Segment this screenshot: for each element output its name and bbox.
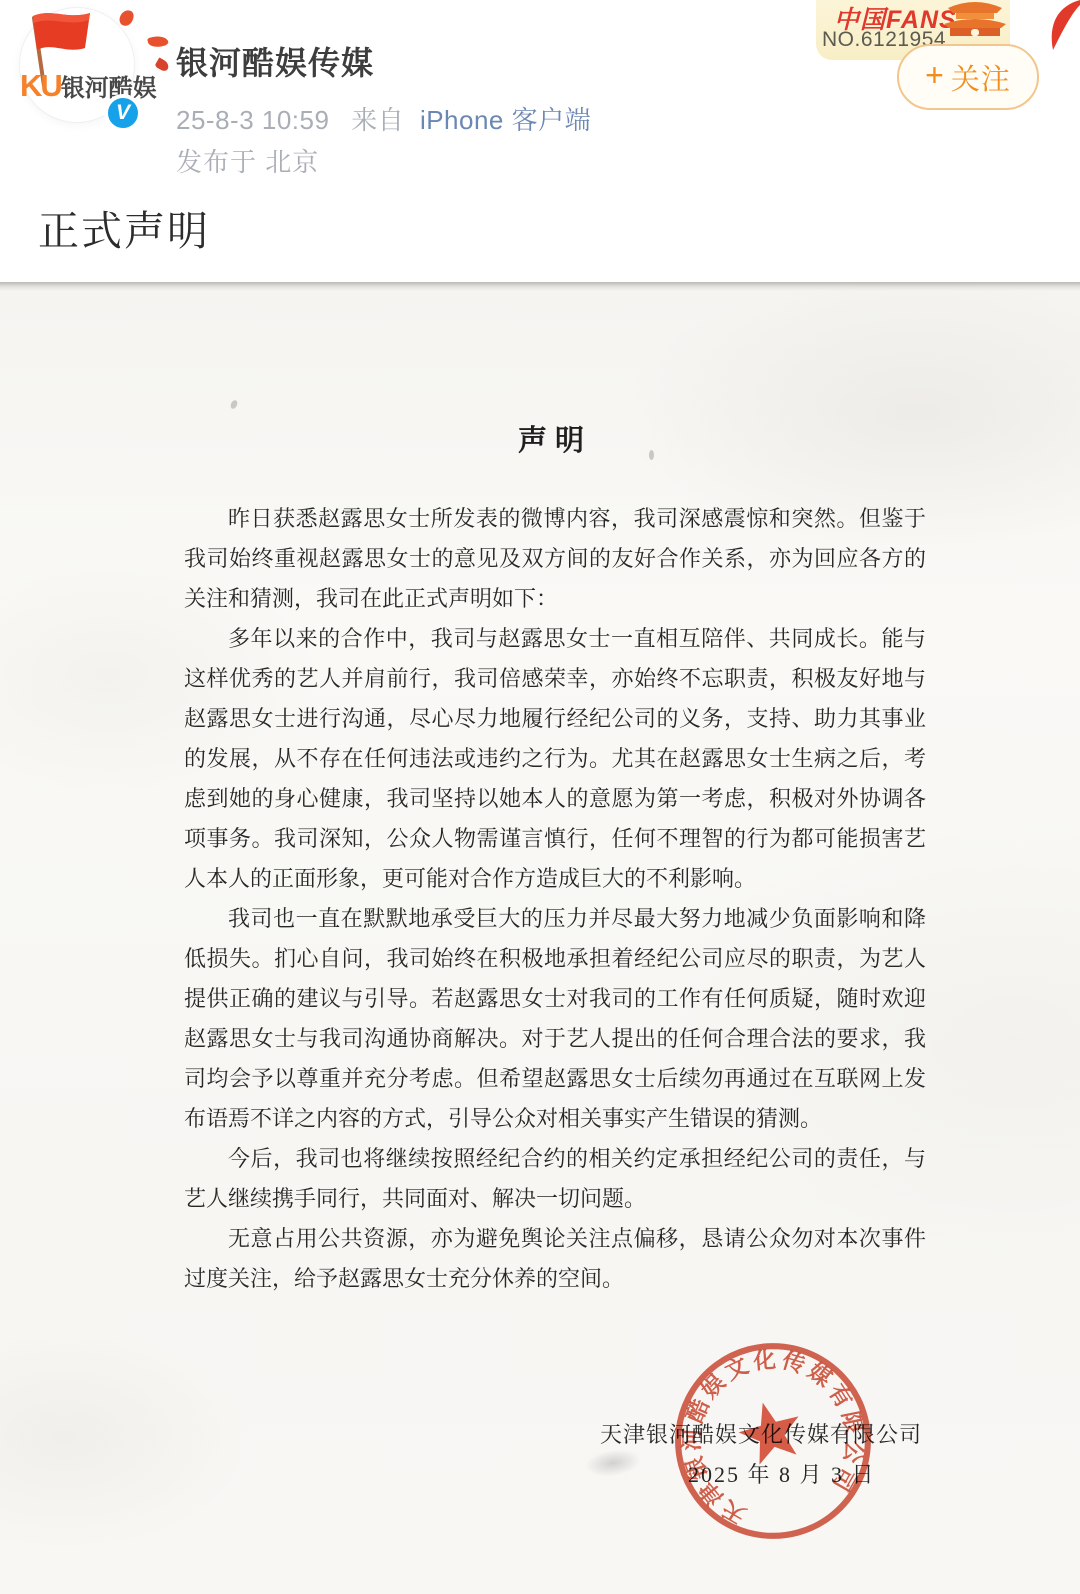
scan-smudge: [583, 1446, 642, 1480]
follow-label: 关注: [951, 57, 1011, 98]
confetti-decoration: [147, 34, 169, 49]
source-link[interactable]: iPhone 客户端: [420, 105, 591, 135]
post-location: 发布于 北京: [176, 142, 319, 179]
verified-badge-icon: V: [104, 94, 142, 132]
post-text: 正式声明: [38, 198, 210, 257]
company-seal: 天津银河酷娱文化传媒有限公司: [648, 1316, 898, 1566]
confetti-decoration: [154, 57, 170, 72]
author-name[interactable]: 银河酷娱传媒: [176, 38, 374, 84]
weibo-post-page: KU银河酷娱 V 银河酷娱传媒 25-8-3 10:59 来自 iPhone 客…: [0, 0, 1080, 1594]
avatar[interactable]: KU银河酷娱 V: [20, 8, 134, 122]
statement-paragraph: 多年以来的合作中，我司与赵露思女士一直相互陪伴、共同成长。能与这样优秀的艺人并肩…: [184, 619, 926, 899]
follow-button[interactable]: + 关注: [897, 44, 1039, 110]
post-meta: 25-8-3 10:59 来自 iPhone 客户端: [176, 100, 591, 137]
scan-speck: [229, 399, 238, 410]
statement-paragraph: 昨日获悉赵露思女士所发表的微博内容，我司深感震惊和突然。但鉴于我司始终重视赵露思…: [184, 499, 926, 619]
tiananmen-icon: [942, 0, 1008, 36]
ribbon-decoration-icon: [1040, 0, 1080, 52]
timestamp: 25-8-3 10:59: [176, 105, 329, 135]
statement-document-image[interactable]: 声明 昨日获悉赵露思女士所发表的微博内容，我司深感震惊和突然。但鉴于我司始终重视…: [0, 282, 1080, 1594]
confetti-decoration: [118, 8, 135, 27]
doc-body: 昨日获悉赵露思女士所发表的微博内容，我司深感震惊和突然。但鉴于我司始终重视赵露思…: [184, 499, 926, 1299]
statement-paragraph: 我司也一直在默默地承受巨大的压力并尽最大努力地减少负面影响和降低损失。扪心自问，…: [184, 899, 926, 1139]
statement-title: 声明: [185, 418, 925, 459]
seal-star: [733, 1395, 808, 1468]
plus-icon: +: [925, 57, 945, 94]
statement-paragraph: 今后，我司也将继续按照经纪合约的相关约定承担经纪公司的责任，与艺人继续携手同行，…: [184, 1139, 926, 1219]
statement-paragraph: 无意占用公共资源，亦为避免舆论关注点偏移，恳请公众勿对本次事件过度关注，给予赵露…: [184, 1219, 926, 1299]
source-prefix: 来自: [351, 105, 404, 135]
